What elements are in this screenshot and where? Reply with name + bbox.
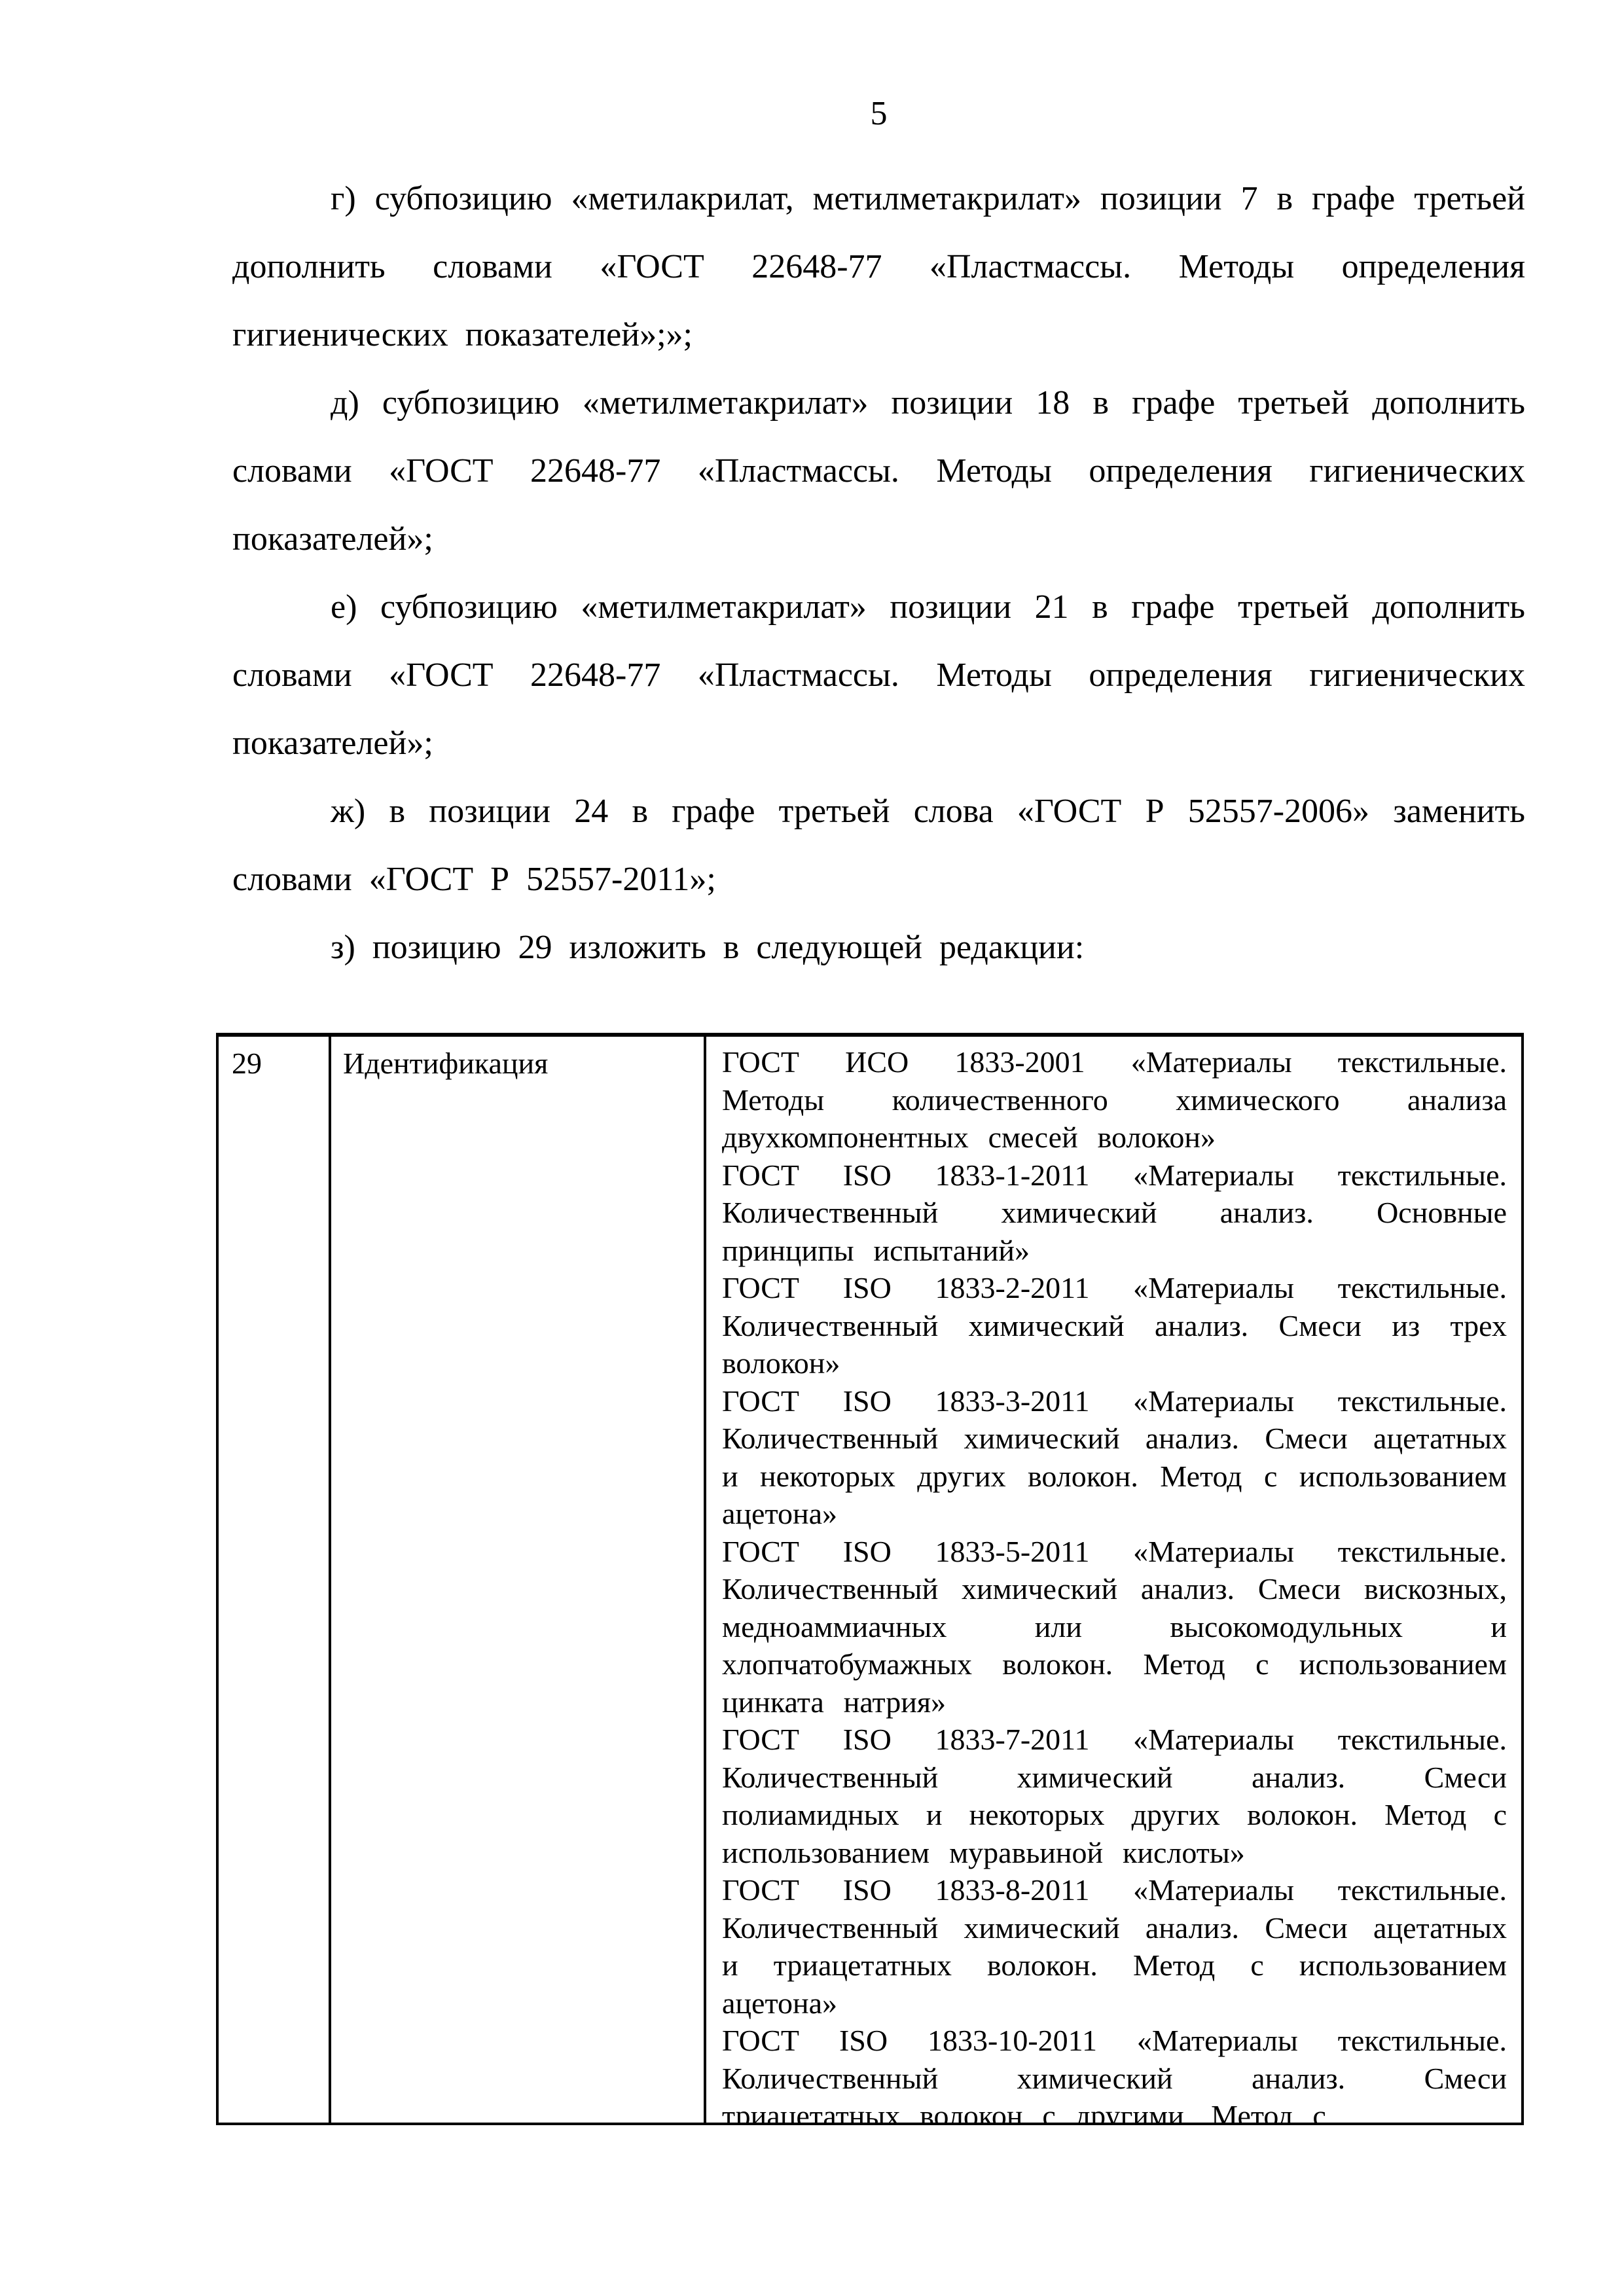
standard-entry: ГОСТ ИСО 1833-2001 «Материалы текстильны… bbox=[722, 1043, 1507, 1157]
page-number: 5 bbox=[232, 80, 1525, 148]
table-cell-row-name: Идентификация bbox=[331, 1037, 706, 2123]
paragraph-d: д) субпозицию «метилметакрилат» позиции … bbox=[232, 369, 1525, 573]
standard-entry: ГОСТ ISO 1833-7-2011 «Материалы текстиль… bbox=[722, 1721, 1507, 1871]
row-number: 29 bbox=[232, 1045, 322, 1083]
standard-entry: ГОСТ ISO 1833-1-2011 «Материалы текстиль… bbox=[722, 1157, 1507, 1270]
paragraph-e: е) субпозицию «метилметакрилат» позиции … bbox=[232, 573, 1525, 778]
paragraph-zh: ж) в позиции 24 в графе третьей слова «Г… bbox=[232, 778, 1525, 914]
standard-entry: ГОСТ ISO 1833-10-2011 «Материалы текстил… bbox=[722, 2022, 1507, 2123]
table-position-29: 29 Идентификация ГОСТ ИСО 1833-2001 «Мат… bbox=[216, 1033, 1524, 2125]
standard-entry: ГОСТ ISO 1833-8-2011 «Материалы текстиль… bbox=[722, 1871, 1507, 2022]
paragraph-g: г) субпозицию «метилакрилат, метилметакр… bbox=[232, 165, 1525, 369]
document-page: 5 г) субпозицию «метилакрилат, метилмета… bbox=[0, 0, 1624, 2296]
table-cell-standards: ГОСТ ИСО 1833-2001 «Материалы текстильны… bbox=[706, 1037, 1521, 2123]
standard-entry: ГОСТ ISO 1833-2-2011 «Материалы текстиль… bbox=[722, 1269, 1507, 1382]
standard-entry: ГОСТ ISO 1833-3-2011 «Материалы текстиль… bbox=[722, 1382, 1507, 1533]
row-name: Идентификация bbox=[343, 1045, 695, 1083]
table-cell-row-number: 29 bbox=[219, 1037, 331, 2123]
standard-entry: ГОСТ ISO 1833-5-2011 «Материалы текстиль… bbox=[722, 1533, 1507, 1721]
paragraph-z: з) позицию 29 изложить в следующей редак… bbox=[232, 914, 1525, 982]
body-text: г) субпозицию «метилакрилат, метилметакр… bbox=[232, 165, 1525, 982]
